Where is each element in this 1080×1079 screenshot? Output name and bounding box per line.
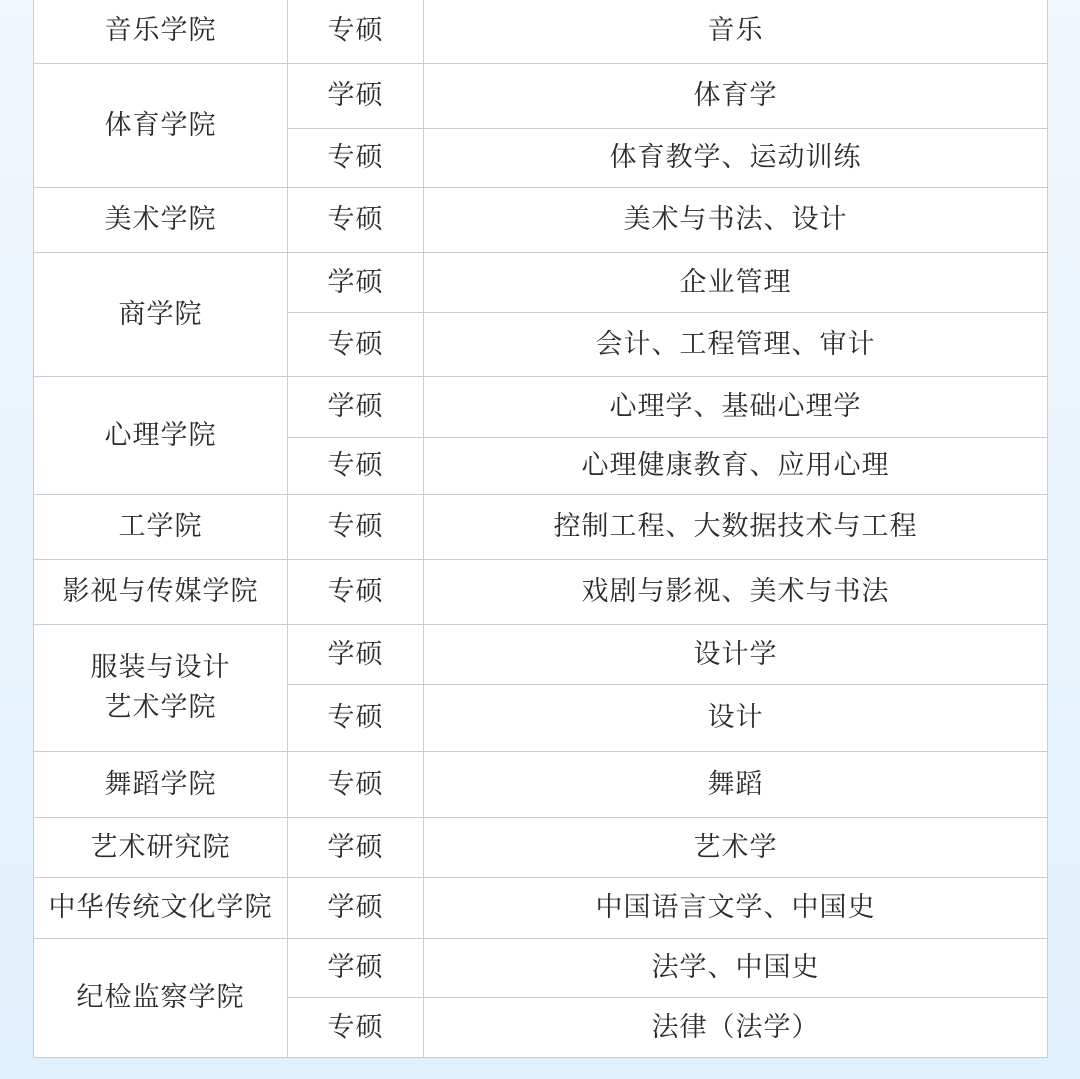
degree-type-cell: 学硕	[288, 625, 424, 685]
table-row: 商学院 学硕 企业管理	[34, 253, 1048, 313]
table-row: 中华传统文化学院 学硕 中国语言文学、中国史	[34, 878, 1048, 939]
table-row: 体育学院 学硕 体育学	[34, 64, 1048, 129]
table-row: 纪检监察学院 学硕 法学、中国史	[34, 939, 1048, 998]
majors-cell: 舞蹈	[424, 752, 1048, 818]
majors-cell: 艺术学	[424, 818, 1048, 878]
degree-type-cell: 专硕	[288, 752, 424, 818]
table-row: 美术学院 专硕 美术与书法、设计	[34, 188, 1048, 253]
majors-cell: 音乐	[424, 0, 1048, 64]
majors-cell: 中国语言文学、中国史	[424, 878, 1048, 939]
college-cell: 商学院	[34, 253, 288, 377]
college-cell: 影视与传媒学院	[34, 560, 288, 625]
degree-type-cell: 专硕	[288, 685, 424, 752]
college-cell: 体育学院	[34, 64, 288, 188]
college-name-line1: 服装与设计	[34, 648, 287, 688]
college-cell: 美术学院	[34, 188, 288, 253]
majors-cell: 会计、工程管理、审计	[424, 313, 1048, 377]
degree-type-cell: 专硕	[288, 0, 424, 64]
college-cell: 中华传统文化学院	[34, 878, 288, 939]
degree-type-cell: 专硕	[288, 129, 424, 188]
college-cell: 艺术研究院	[34, 818, 288, 878]
table-row: 工学院 专硕 控制工程、大数据技术与工程	[34, 495, 1048, 560]
program-table: 音乐学院 专硕 音乐 体育学院 学硕 体育学 专硕 体育教学、运动训练 美术学院…	[33, 0, 1048, 1058]
majors-cell: 戏剧与影视、美术与书法	[424, 560, 1048, 625]
majors-cell: 心理学、基础心理学	[424, 377, 1048, 438]
table-row: 音乐学院 专硕 音乐	[34, 0, 1048, 64]
degree-type-cell: 学硕	[288, 939, 424, 998]
majors-cell: 企业管理	[424, 253, 1048, 313]
majors-cell: 设计	[424, 685, 1048, 752]
college-cell: 工学院	[34, 495, 288, 560]
college-cell: 音乐学院	[34, 0, 288, 64]
majors-cell: 法律（法学）	[424, 998, 1048, 1058]
college-cell: 心理学院	[34, 377, 288, 495]
college-cell: 服装与设计 艺术学院	[34, 625, 288, 752]
table-row: 舞蹈学院 专硕 舞蹈	[34, 752, 1048, 818]
degree-type-cell: 专硕	[288, 313, 424, 377]
table-row: 心理学院 学硕 心理学、基础心理学	[34, 377, 1048, 438]
degree-type-cell: 学硕	[288, 253, 424, 313]
majors-cell: 控制工程、大数据技术与工程	[424, 495, 1048, 560]
college-name-line2: 艺术学院	[34, 688, 287, 728]
majors-cell: 美术与书法、设计	[424, 188, 1048, 253]
majors-cell: 设计学	[424, 625, 1048, 685]
college-cell: 纪检监察学院	[34, 939, 288, 1058]
degree-type-cell: 学硕	[288, 878, 424, 939]
degree-type-cell: 专硕	[288, 438, 424, 495]
degree-type-cell: 专硕	[288, 560, 424, 625]
table-row: 影视与传媒学院 专硕 戏剧与影视、美术与书法	[34, 560, 1048, 625]
degree-type-cell: 专硕	[288, 188, 424, 253]
table-row: 艺术研究院 学硕 艺术学	[34, 818, 1048, 878]
college-cell: 舞蹈学院	[34, 752, 288, 818]
majors-cell: 体育教学、运动训练	[424, 129, 1048, 188]
program-table-container: 音乐学院 专硕 音乐 体育学院 学硕 体育学 专硕 体育教学、运动训练 美术学院…	[33, 0, 1047, 1058]
degree-type-cell: 学硕	[288, 818, 424, 878]
table-row: 服装与设计 艺术学院 学硕 设计学	[34, 625, 1048, 685]
degree-type-cell: 专硕	[288, 998, 424, 1058]
majors-cell: 法学、中国史	[424, 939, 1048, 998]
majors-cell: 心理健康教育、应用心理	[424, 438, 1048, 495]
degree-type-cell: 学硕	[288, 64, 424, 129]
majors-cell: 体育学	[424, 64, 1048, 129]
degree-type-cell: 专硕	[288, 495, 424, 560]
degree-type-cell: 学硕	[288, 377, 424, 438]
